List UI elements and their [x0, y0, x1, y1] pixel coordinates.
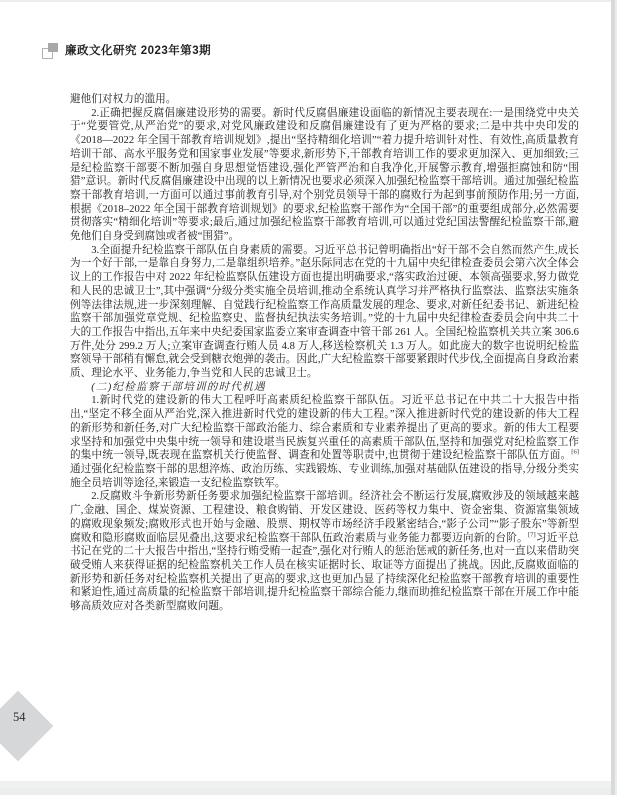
paragraph: 1.新时代党的建设新的伟大工程呼吁高素质纪检监察干部队伍。习近平总书记在中共二十… — [70, 394, 579, 490]
paragraph: 2.正确把握反腐倡廉建设形势的需要。新时代反腐倡廉建设面临的新情况主要表现在:一… — [70, 107, 579, 244]
paragraph-text: 避他们对权力的滥用。 — [70, 94, 176, 105]
paragraph-text: 3.全面提升纪检监察干部队伍自身素质的需要。习近平总书记曾明确指出“好干部不会自… — [70, 245, 579, 379]
page-number-tab — [0, 691, 53, 762]
paragraph-text: 通过强化纪检监察干部的思想淬炼、政治历练、实践锻炼、专业训练,加强对基础队伍建设… — [70, 464, 579, 489]
citation-ref: [7] — [528, 531, 536, 538]
citation-ref: [6] — [571, 449, 579, 456]
paragraph: 3.全面提升纪检监察干部队伍自身素质的需要。习近平总书记曾明确指出“好干部不会自… — [70, 244, 579, 381]
page-edge-right — [611, 0, 615, 795]
article-body: 避他们对权力的滥用。2.正确把握反腐倡廉建设形势的需要。新时代反腐倡廉建设面临的… — [70, 93, 579, 614]
paragraph-text: 习近平总书记在党的二十大报告中指出,“坚持行贿受贿一起查”,强化对行贿人的惩治惩… — [70, 533, 579, 613]
section-heading: (二)纪检监察干部培训的时代机遇 — [70, 381, 579, 395]
overlapping-squares-icon — [42, 42, 59, 58]
paragraph-text: (二)纪检监察干部培训的时代机遇 — [91, 382, 266, 393]
paragraph-text: 2.反腐败斗争新形势新任务要求加强纪检监察干部培训。经济社会不断运行发展,腐败涉… — [70, 491, 579, 543]
scanned-page: 廉政文化研究 2023年第3期 避他们对权力的滥用。2.正确把握反腐倡廉建设形势… — [0, 2, 611, 788]
paragraph-text: 1.新时代党的建设新的伟大工程呼吁高素质纪检监察干部队伍。习近平总书记在中共二十… — [70, 395, 579, 461]
page-edge-bottom — [0, 781, 611, 788]
paragraph-text: 2.正确把握反腐倡廉建设形势的需要。新时代反腐倡廉建设面临的新情况主要表现在:一… — [70, 108, 579, 242]
paragraph: 2.反腐败斗争新形势新任务要求加强纪检监察干部培训。经济社会不断运行发展,腐败涉… — [70, 490, 579, 613]
journal-title: 廉政文化研究 2023年第3期 — [65, 42, 211, 58]
paragraph: 避他们对权力的滥用。 — [70, 93, 579, 107]
page-number: 54 — [13, 710, 26, 725]
page-header: 廉政文化研究 2023年第3期 — [42, 42, 211, 58]
